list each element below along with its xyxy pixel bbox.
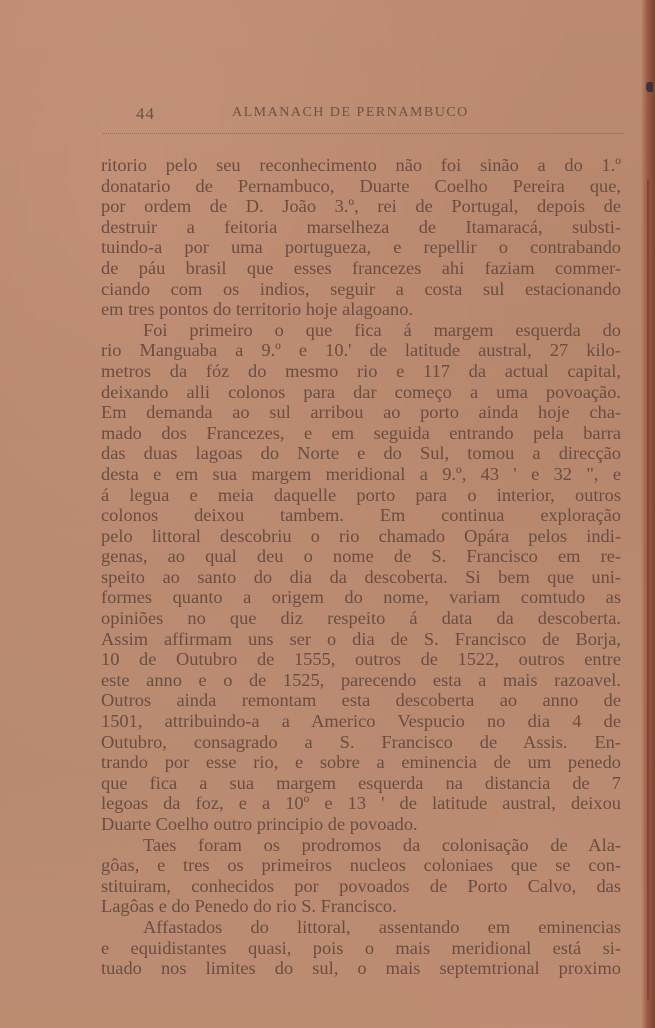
text-line: destruir a feitoria marselheza de Itamar…	[101, 217, 621, 238]
page-header: 44 ALMANACH DE PERNAMBUCO	[0, 104, 655, 124]
text-line: Em demanda ao sul arribou ao porto ainda…	[101, 402, 621, 423]
ink-speck	[646, 82, 653, 92]
text-line: rio Manguaba a 9.º e 10.' de latitude au…	[101, 340, 621, 361]
text-line: stituiram, conhecidos por povoados de Po…	[101, 876, 621, 897]
text-line: Lagôas e do Penedo do rio S. Francisco.	[101, 896, 621, 917]
text-line: Assim affirmam uns ser o dia de S. Franc…	[101, 629, 621, 650]
text-line: ciando com os indios, seguir a costa sul…	[101, 279, 621, 300]
text-line: Taes foram os prodromos da colonisação d…	[101, 835, 621, 856]
text-line: 1501, attribuindo-a a Americo Vespucio n…	[101, 711, 621, 732]
text-line: por ordem de D. João 3.º, rei de Portuga…	[101, 196, 621, 217]
text-line: ritorio pelo seu reconhecimento não foi …	[101, 155, 621, 176]
text-line: trando por esse rio, e sobre a eminencia…	[101, 752, 621, 773]
text-line: desta e em sua margem meridional a 9.º, …	[101, 464, 621, 485]
text-line: que fica a sua margem esquerda na distan…	[101, 773, 621, 794]
text-line: á legua e meia daquelle porto para o int…	[101, 485, 621, 506]
paragraph: Taes foram os prodromos da colonisação d…	[101, 835, 621, 917]
text-line: metros da fóz do mesmo rio e 117 da actu…	[101, 361, 621, 382]
text-line: Foi primeiro o que fica á margem esquerd…	[101, 320, 621, 341]
header-rule	[103, 133, 623, 134]
book-page: 44 ALMANACH DE PERNAMBUCO ritorio pelo s…	[0, 0, 655, 1028]
body-text: ritorio pelo seu reconhecimento não foi …	[101, 155, 621, 979]
text-line: tuindo-a por uma portugueza, e repellir …	[101, 237, 621, 258]
text-line: Affastados do littoral, assentando em em…	[101, 917, 621, 938]
text-line: Outubro, consagrado a S. Francisco de As…	[101, 732, 621, 753]
text-line: opiniões no que diz respeito á data da d…	[101, 608, 621, 629]
text-line: colonos deixou tambem. Em continua explo…	[101, 505, 621, 526]
text-line: speito ao santo do dia da descoberta. Si…	[101, 567, 621, 588]
text-line: Outros ainda remontam esta descoberta ao…	[101, 690, 621, 711]
text-line: genas, ao qual deu o nome de S. Francisc…	[101, 546, 621, 567]
text-line: deixando alli colonos para dar começo a …	[101, 382, 621, 403]
text-line: de páu brasil que esses francezes ahi fa…	[101, 258, 621, 279]
paragraph: Foi primeiro o que fica á margem esquerd…	[101, 320, 621, 835]
text-line: legoas da foz, e a 10º e 13 ' de latitud…	[101, 793, 621, 814]
page-number: 44	[136, 104, 155, 124]
text-line: gôas, e tres os primeiros nucleos coloni…	[101, 855, 621, 876]
text-line: mado dos Francezes, e em seguida entrand…	[101, 423, 621, 444]
text-line: 10 de Outubro de 1555, outros de 1522, o…	[101, 649, 621, 670]
text-line: tuado nos limites do sul, o mais septemt…	[101, 958, 621, 979]
paragraph: Affastados do littoral, assentando em em…	[101, 917, 621, 979]
text-line: formes quanto a origem do nome, variam c…	[101, 587, 621, 608]
page-edge-line	[647, 180, 649, 1000]
text-line: e equidistantes quasi, pois o mais merid…	[101, 938, 621, 959]
text-line: este anno e o de 1525, parecendo esta a …	[101, 670, 621, 691]
text-line: Duarte Coelho outro principio de povoado…	[101, 814, 621, 835]
text-line: pelo littoral descobriu o rio chamado Op…	[101, 526, 621, 547]
paragraph: ritorio pelo seu reconhecimento não foi …	[101, 155, 621, 320]
text-line: donatario de Pernambuco, Duarte Coelho P…	[101, 176, 621, 197]
text-line: em tres pontos do territorio hoje alagoa…	[101, 299, 621, 320]
running-title: ALMANACH DE PERNAMBUCO	[232, 105, 469, 121]
text-line: das duas lagoas do Norte e do Sul, tomou…	[101, 443, 621, 464]
